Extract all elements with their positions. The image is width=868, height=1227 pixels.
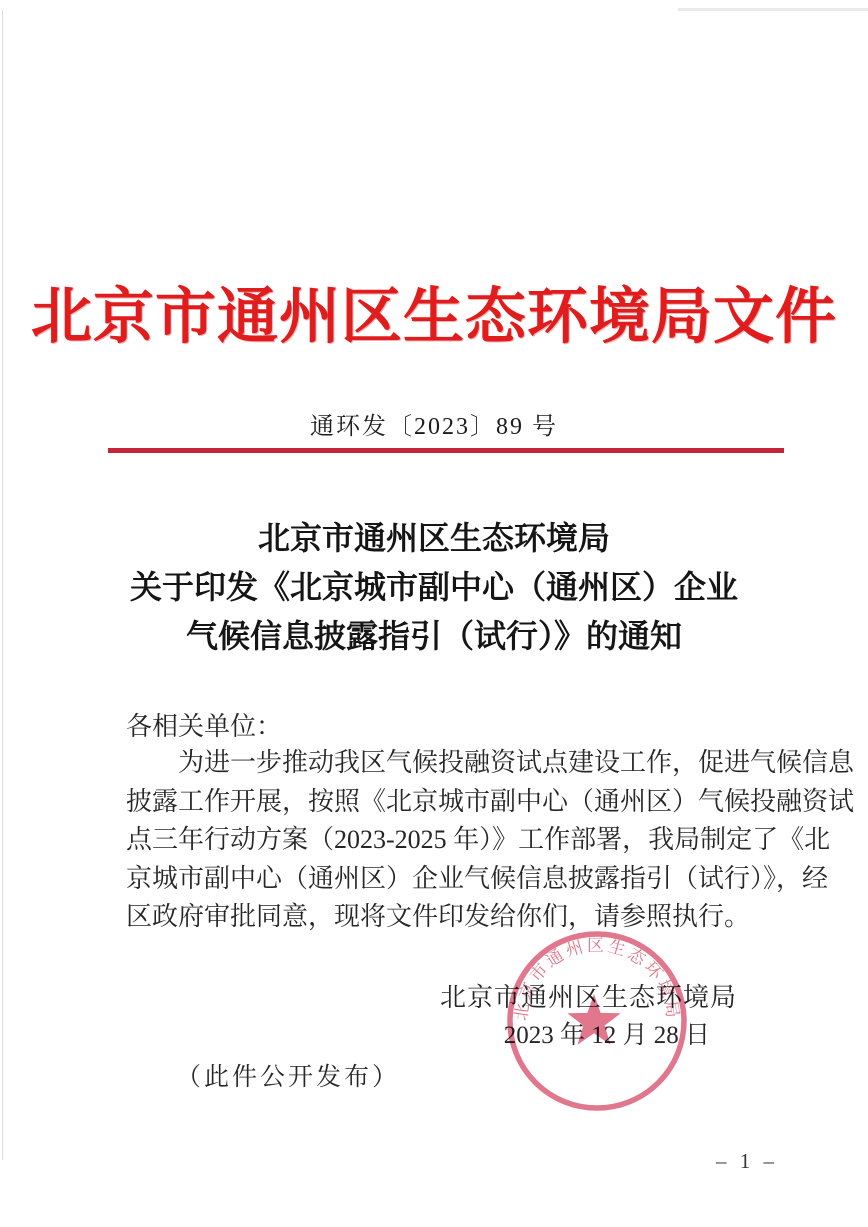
body-line: 为进一步推动我区气候投融资试点建设工作，促进气候信息 [126,744,782,783]
document-title-line-3: 气候信息披露指引（试行）》的通知 [0,612,868,661]
signature-organization: 北京市通州区生态环境局 [440,977,737,1014]
body-line: 点三年行动方案（2023-2025 年）》工作部署，我局制定了《北 [126,821,782,860]
signature-date: 2023 年 12 月 28 日 [504,1015,710,1051]
body-line: 披露工作开展，按照《北京城市副中心（通州区）气候投融资试 [126,783,782,822]
document-page: 北京市通州区生态环境局文件 通环发〔2023〕89 号 北京市通州区生态环境局 … [0,0,868,1227]
document-number: 通环发〔2023〕89 号 [0,406,868,441]
body-line: 区政府审批同意，现将文件印发给你们，请参照执行。 [126,898,782,937]
salutation: 各相关单位： [126,706,282,743]
document-title-line-1: 北京市通州区生态环境局 [0,514,868,563]
page-number: – 1 – [716,1149,778,1174]
body-paragraph: 为进一步推动我区气候投融资试点建设工作，促进气候信息 披露工作开展，按照《北京城… [126,744,782,937]
scan-edge-artifact-top [678,8,868,11]
header-divider-line [108,448,784,453]
document-title: 北京市通州区生态环境局 关于印发《北京城市副中心（通州区）企业 气候信息披露指引… [0,514,868,661]
document-header-title: 北京市通州区生态环境局文件 [0,268,868,355]
document-title-line-2: 关于印发《北京城市副中心（通州区）企业 [0,563,868,612]
body-line: 京城市副中心（通州区）企业气候信息披露指引（试行）》，经 [126,860,782,899]
public-release-note: （此件公开发布） [176,1057,400,1093]
